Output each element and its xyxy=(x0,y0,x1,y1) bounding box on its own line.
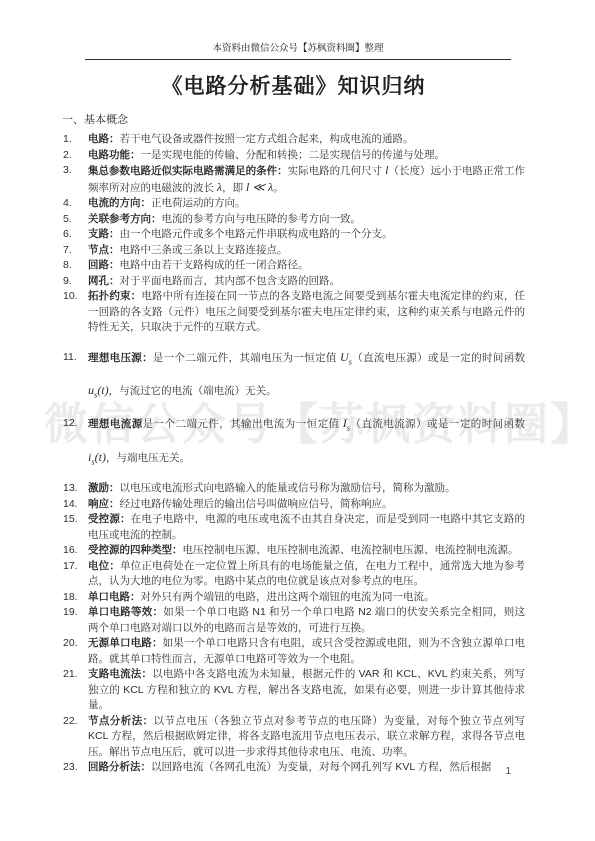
item-term: 理想电压源： xyxy=(88,352,153,364)
item-text: ，与端电压无关。 xyxy=(106,452,190,464)
math-expression: is(t) xyxy=(88,450,106,464)
math-expression: Us xyxy=(340,350,352,364)
item-number: 13. xyxy=(63,481,87,497)
item-term: 电位： xyxy=(88,560,120,572)
item-text: 以回路电流（各网孔电流）为变量，对每个网孔列写 KVL 方程，然后根据 xyxy=(151,761,491,773)
item-term: 支路电流法： xyxy=(88,668,152,680)
item-text: 是一个二端元件，其输出电流为一恒定值 xyxy=(143,418,343,430)
item-text: 以电压或电流形式向电路输入的能量或信号称为激励信号，简称为激励。 xyxy=(120,482,456,494)
list-item: 3.集总参数电路近似实际电路需满足的条件：实际电路的几何尺寸 l（长度）远小于电… xyxy=(62,163,525,196)
list-item: 21.支路电流法：以电路中各支路电流为未知量，根据元件的 VAR 和 KCL、K… xyxy=(62,667,525,714)
item-number: 11. xyxy=(63,343,87,372)
list-item: 20.无源单口电路：如果一个单口电路只含有电阻，或只含受控源或电阻，则为不含独立… xyxy=(62,636,525,667)
item-number: 3. xyxy=(63,163,87,179)
list-item: 16.受控源的四种类型：电压控制电压源、电压控制电流源、电流控制电压源、电流控制… xyxy=(62,543,525,559)
item-text: 经过电路传输处理后的输出信号叫做响应信号，简称响应。 xyxy=(120,498,393,510)
page-title: 《电路分析基础》知识归纳 xyxy=(62,70,525,100)
item-text: 。 xyxy=(273,182,284,194)
list-item: 11.理想电压源：是一个二端元件，其端电压为一恒定值 Us（直流电压源）或是一定… xyxy=(62,343,525,410)
list-item: 2.电路功能：一是实现电能的传输、分配和转换；二是实现信号的传递与处理。 xyxy=(62,148,525,164)
item-term: 支路： xyxy=(88,228,120,240)
list-item: 15.受控源：在电子电路中，电源的电压或电流不由其自身决定，而是受到同一电路中其… xyxy=(62,512,525,543)
list-item: 22.节点分析法：以节点电压（各独立节点对参考节点的电压降）为变量，对每个独立节… xyxy=(62,714,525,761)
list-item: 17.电位：单位正电荷处在一定位置上所具有的电场能量之值，在电力工程中，通常选大… xyxy=(62,559,525,590)
math-expression: l ≪ λ xyxy=(246,180,273,194)
item-term: 拓扑约束： xyxy=(88,290,141,302)
list-item: 23.回路分析法：以回路电流（各网孔电流）为变量，对每个网孔列写 KVL 方程，… xyxy=(62,760,525,776)
item-number: 15. xyxy=(63,512,87,528)
item-term: 回路： xyxy=(88,259,120,271)
item-number: 14. xyxy=(63,497,87,513)
item-term: 集总参数电路近似实际电路需满足的条件： xyxy=(88,165,288,177)
list-item: 5.关联参考方向：电流的参考方向与电压降的参考方向一致。 xyxy=(62,212,525,228)
math-expression: Is xyxy=(343,416,350,430)
document-page: 微信公众号【苏枫资料圈】 本资料由微信公众号【苏枫资料圈】整理 《电路分析基础》… xyxy=(0,0,595,841)
item-number: 7. xyxy=(63,243,87,259)
item-term: 节点： xyxy=(88,244,120,256)
item-number: 5. xyxy=(63,212,87,228)
item-term: 受控源的四种类型： xyxy=(88,544,183,556)
item-text: 电压控制电压源、电压控制电流源、电流控制电压源、电流控制电流源。 xyxy=(183,544,519,556)
item-text: 实际电路的几何尺寸 xyxy=(288,165,385,177)
item-number: 12. xyxy=(63,409,87,438)
item-text: 以节点电压（各独立节点对参考节点的电压降）为变量，对每个独立节点列写 KCL 方… xyxy=(88,715,525,758)
item-term: 电流的方向： xyxy=(88,197,151,209)
list-item: 7.节点：电路中三条或三条以上支路连接点。 xyxy=(62,243,525,259)
item-text: 若干电气设备或器件按照一定方式组合起来，构成电流的通路。 xyxy=(120,133,414,145)
item-term: 受控源： xyxy=(88,513,131,525)
list-item: 4.电流的方向：正电荷运动的方向。 xyxy=(62,196,525,212)
item-number: 4. xyxy=(63,196,87,212)
item-text: （直流电压源）或是一定的时间函数 xyxy=(352,352,525,364)
item-term: 理想电流源 xyxy=(88,418,143,430)
definition-list: 1.电路：若干电气设备或器件按照一定方式组合起来，构成电流的通路。2.电路功能：… xyxy=(62,132,525,776)
page-number: 1 xyxy=(505,766,511,777)
item-text: 以电路中各支路电流为未知量，根据元件的 VAR 和 KCL、KVL 约束关系，列… xyxy=(88,668,525,711)
document-body: 《电路分析基础》知识归纳 一、基本概念 1.电路：若干电气设备或器件按照一定方式… xyxy=(62,68,525,776)
item-text: 单位正电荷处在一定位置上所具有的电场能量之值，在电力工程中，通常选大地为参考点，… xyxy=(88,560,525,588)
item-number: 2. xyxy=(63,148,87,164)
item-term: 节点分析法： xyxy=(88,715,154,727)
item-text: ，即 xyxy=(222,182,246,194)
item-number: 16. xyxy=(63,543,87,559)
item-term: 无源单口电路： xyxy=(88,637,163,649)
item-number: 21. xyxy=(63,667,87,683)
list-item: 14.响应：经过电路传输处理后的输出信号叫做响应信号，简称响应。 xyxy=(62,497,525,513)
item-text: 电路中所有连接在同一节点的各支路电流之间要受到基尔霍夫电流定律的约束，任一回路的… xyxy=(88,290,525,333)
item-number: 19. xyxy=(63,605,87,621)
item-term: 响应： xyxy=(88,498,120,510)
item-number: 17. xyxy=(63,559,87,575)
item-number: 10. xyxy=(63,289,87,305)
item-text: 在电子电路中，电源的电压或电流不由其自身决定，而是受到同一电路中其它支路的电压或… xyxy=(88,513,525,541)
item-number: 18. xyxy=(63,590,87,606)
item-text: 由一个电路元件或多个电路元件串联构成电路的一个分支。 xyxy=(120,228,393,240)
list-item: 19.单口电路等效：如果一个单口电路 N1 和另一个单口电路 N2 端口的伏安关… xyxy=(62,605,525,636)
item-text: 一是实现电能的传输、分配和转换；二是实现信号的传递与处理。 xyxy=(141,149,446,161)
item-number: 22. xyxy=(63,714,87,730)
item-number: 20. xyxy=(63,636,87,652)
list-item: 18.单口电路：对外只有两个端钮的电路，进出这两个端钮的电流为同一电流。 xyxy=(62,590,525,606)
item-number: 6. xyxy=(63,227,87,243)
item-text: 电路中三条或三条以上支路连接点。 xyxy=(120,244,288,256)
item-number: 23. xyxy=(63,760,87,776)
list-item: 6.支路：由一个电路元件或多个电路元件串联构成电路的一个分支。 xyxy=(62,227,525,243)
item-number: 9. xyxy=(63,274,87,290)
item-term: 回路分析法： xyxy=(88,761,151,773)
item-text: ，与流过它的电流（端电流）无关。 xyxy=(109,385,277,397)
list-item: 9.网孔：对于平面电路而言，其内部不包含支路的回路。 xyxy=(62,274,525,290)
item-text: 电流的参考方向与电压降的参考方向一致。 xyxy=(162,213,362,225)
item-term: 单口电路等效： xyxy=(88,606,163,618)
item-term: 单口电路： xyxy=(88,591,141,603)
item-text: 是一个二端元件，其端电压为一恒定值 xyxy=(153,352,340,364)
item-term: 网孔： xyxy=(88,275,120,287)
item-text: 对外只有两个端钮的电路，进出这两个端钮的电流为同一电流。 xyxy=(141,591,435,603)
section-heading: 一、基本概念 xyxy=(62,111,525,127)
item-term: 激励： xyxy=(88,482,120,494)
item-text: 对于平面电路而言，其内部不包含支路的回路。 xyxy=(120,275,341,287)
item-number: 1. xyxy=(63,132,87,148)
list-item: 10.拓扑约束：电路中所有连接在同一节点的各支路电流之间要受到基尔霍夫电流定律的… xyxy=(62,289,525,336)
item-number: 8. xyxy=(63,258,87,274)
page-header-note: 本资料由微信公众号【苏枫资料圈】整理 xyxy=(85,40,511,60)
item-text: 正电荷运动的方向。 xyxy=(151,197,246,209)
list-item: 12.理想电流源是一个二端元件，其输出电流为一恒定值 Is（直流电流源）或是一定… xyxy=(62,409,525,476)
list-item: 13.激励：以电压或电流形式向电路输入的能量或信号称为激励信号，简称为激励。 xyxy=(62,481,525,497)
item-term: 关联参考方向： xyxy=(88,213,162,225)
item-text: （直流电流源）或是一定的时间函数 xyxy=(350,418,525,430)
list-item: 8.回路：电路中由若干支路构成的任一闭合路径。 xyxy=(62,258,525,274)
math-expression: us(t) xyxy=(88,383,109,397)
item-term: 电路： xyxy=(88,133,120,145)
item-term: 电路功能： xyxy=(88,149,141,161)
list-item: 1.电路：若干电气设备或器件按照一定方式组合起来，构成电流的通路。 xyxy=(62,132,525,148)
item-text: 电路中由若干支路构成的任一闭合路径。 xyxy=(120,259,309,271)
